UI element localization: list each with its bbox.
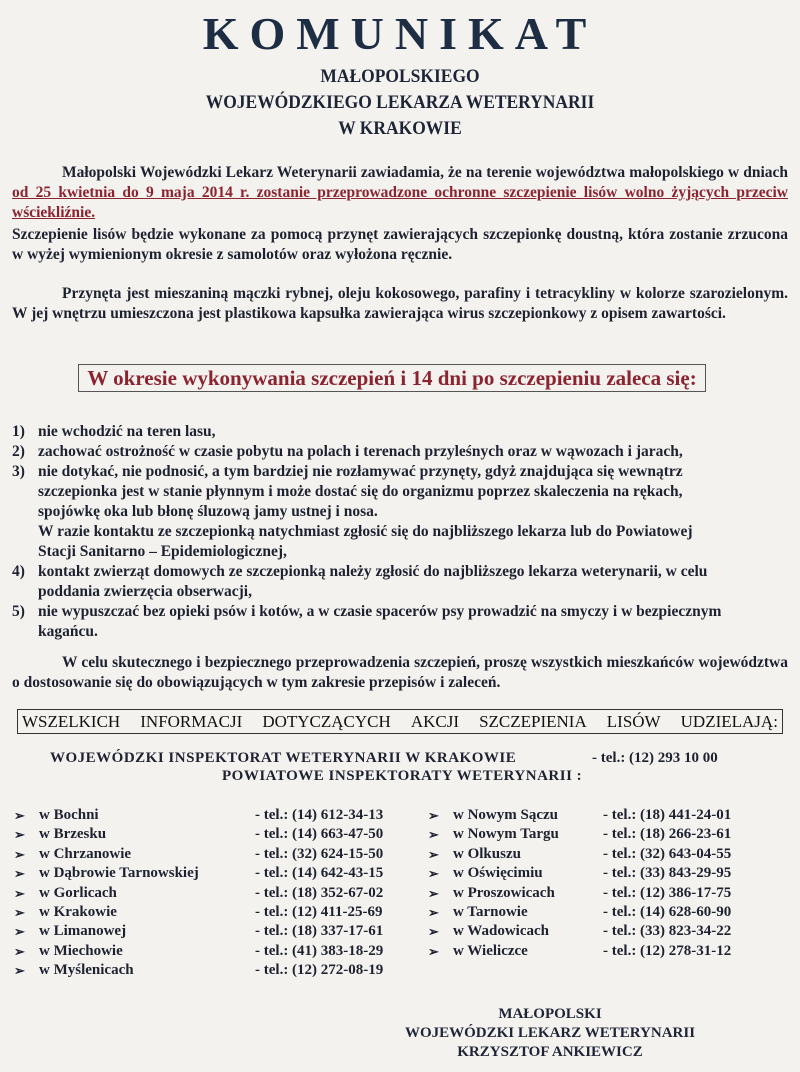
arrow-bullet-icon: ➢ — [428, 903, 453, 922]
document-title: KOMUNIKAT — [0, 8, 800, 60]
contact-row: ➢w Wadowicach- tel.: (33) 823-34-22 — [428, 922, 731, 941]
contact-row: ➢w Limanowej- tel.: (18) 337-17-61 — [14, 922, 383, 941]
contact-place: w Dąbrowie Tarnowskiej — [39, 864, 255, 883]
item-number: 5) — [12, 602, 38, 642]
item-number: 2) — [12, 442, 38, 462]
contact-phone: - tel.: (18) 352-67-02 — [255, 884, 383, 903]
contact-row: ➢w Wieliczce- tel.: (12) 278-31-12 — [428, 942, 731, 961]
intro-lead: Małopolski Wojewódzki Lekarz Weterynarii… — [62, 164, 788, 181]
signature-line-2: WOJEWÓDZKI LEKARZ WETERYNARII — [300, 1024, 800, 1043]
contact-phone: - tel.: (33) 843-29-95 — [603, 864, 731, 883]
contact-row: ➢w Nowym Targu- tel.: (18) 266-23-61 — [428, 825, 731, 844]
contact-place: w Brzesku — [39, 825, 255, 844]
contact-place: w Wieliczce — [453, 942, 603, 961]
signature-line-1: MAŁOPOLSKI — [300, 1005, 800, 1024]
contact-place: w Gorlicach — [39, 884, 255, 903]
district-inspectorates-heading: POWIATOWE INSPEKTORATY WETERYNARII : — [50, 767, 770, 785]
item-text-main: nie dotykać, nie podnosić, a tym bardzie… — [38, 463, 683, 520]
contact-phone: - tel.: (14) 642-43-15 — [255, 864, 383, 883]
contact-phone: - tel.: (12) 386-17-75 — [603, 884, 731, 903]
contact-place: w Myślenicach — [39, 961, 255, 980]
contact-phone: - tel.: (18) 266-23-61 — [603, 825, 731, 844]
item-text: nie wypuszczać bez opieki psów i kotów, … — [38, 602, 788, 642]
contact-row: ➢w Miechowie- tel.: (41) 383-18-29 — [14, 942, 383, 961]
contact-phone: - tel.: (18) 337-17-61 — [255, 922, 383, 941]
list-item: 3) nie dotykać, nie podnosić, a tym bard… — [12, 462, 788, 562]
contact-place: w Olkuszu — [453, 845, 603, 864]
info-heading-box: WSZELKICH INFORMACJI DOTYCZĄCYCH AKCJI S… — [17, 709, 783, 734]
vaccination-method-paragraph: Szczepienie lisów będzie wykonane za pom… — [12, 225, 788, 265]
contacts-left-column: ➢w Bochni- tel.: (14) 612-34-13 ➢w Brzes… — [14, 806, 383, 981]
info-word: WSZELKICH — [22, 712, 120, 732]
item-text: nie wchodzić na teren lasu, — [38, 422, 788, 442]
info-word: AKCJI — [411, 712, 459, 732]
contact-phone: - tel.: (41) 383-18-29 — [255, 942, 383, 961]
contact-phone: - tel.: (32) 643-04-55 — [603, 845, 731, 864]
contact-place: w Limanowej — [39, 922, 255, 941]
contact-place: w Nowym Targu — [453, 825, 603, 844]
item-number: 3) — [12, 462, 38, 562]
contact-row: ➢w Proszowicach- tel.: (12) 386-17-75 — [428, 884, 731, 903]
subtitle-line-1: MAŁOPOLSKIEGO — [32, 64, 768, 90]
contact-row: ➢w Tarnowie- tel.: (14) 628-60-90 — [428, 903, 731, 922]
list-item: 2) zachować ostrożność w czasie pobytu n… — [12, 442, 788, 462]
contact-row: ➢w Nowym Sączu- tel.: (18) 441-24-01 — [428, 806, 731, 825]
arrow-bullet-icon: ➢ — [428, 864, 453, 883]
closing-paragraph: W celu skutecznego i bezpiecznego przepr… — [12, 653, 788, 693]
contact-phone: - tel.: (14) 612-34-13 — [255, 806, 383, 825]
arrow-bullet-icon: ➢ — [14, 864, 39, 883]
list-item: 5) nie wypuszczać bez opieki psów i kotó… — [12, 602, 788, 642]
contact-phone: - tel.: (32) 624-15-50 — [255, 845, 383, 864]
contact-row: ➢w Oświęcimiu- tel.: (33) 843-29-95 — [428, 864, 731, 883]
contact-place: w Oświęcimiu — [453, 864, 603, 883]
arrow-bullet-icon: ➢ — [428, 845, 453, 864]
contact-row: ➢w Dąbrowie Tarnowskiej- tel.: (14) 642-… — [14, 864, 383, 883]
list-item: 1) nie wchodzić na teren lasu, — [12, 422, 788, 442]
main-inspectorate: WOJEWÓDZKI INSPEKTORAT WETERYNARII W KRA… — [50, 749, 770, 785]
recommendation-heading-box: W okresie wykonywania szczepień i 14 dni… — [78, 364, 706, 392]
contact-row: ➢w Krakowie- tel.: (12) 411-25-69 — [14, 903, 383, 922]
item-text: kontakt zwierząt domowych ze szczepionką… — [38, 562, 788, 602]
contacts-right-column: ➢w Nowym Sączu- tel.: (18) 441-24-01 ➢w … — [428, 806, 731, 961]
contact-row: ➢w Olkuszu- tel.: (32) 643-04-55 — [428, 845, 731, 864]
arrow-bullet-icon: ➢ — [428, 884, 453, 903]
info-word: DOTYCZĄCYCH — [262, 712, 390, 732]
contact-place: w Proszowicach — [453, 884, 603, 903]
contact-place: w Nowym Sączu — [453, 806, 603, 825]
arrow-bullet-icon: ➢ — [14, 806, 39, 825]
info-word: UDZIELAJĄ: — [681, 712, 778, 732]
contact-row: ➢w Chrzanowie- tel.: (32) 624-15-50 — [14, 845, 383, 864]
arrow-bullet-icon: ➢ — [14, 884, 39, 903]
list-item: 4) kontakt zwierząt domowych ze szczepio… — [12, 562, 788, 602]
contact-phone: - tel.: (12) 411-25-69 — [255, 903, 382, 922]
item-text-contact-advice: W razie kontaktu ze szczepionką natychmi… — [38, 523, 693, 560]
subtitle-line-3: W KRAKOWIE — [32, 116, 768, 142]
arrow-bullet-icon: ➢ — [14, 942, 39, 961]
contact-row: ➢w Brzesku- tel.: (14) 663-47-50 — [14, 825, 383, 844]
signature-block: MAŁOPOLSKI WOJEWÓDZKI LEKARZ WETERYNARII… — [300, 1005, 800, 1062]
arrow-bullet-icon: ➢ — [14, 845, 39, 864]
bait-description-paragraph: Przynęta jest mieszaniną mączki rybnej, … — [12, 284, 788, 324]
contact-place: w Krakowie — [39, 903, 255, 922]
contact-place: w Wadowicach — [453, 922, 603, 941]
arrow-bullet-icon: ➢ — [428, 922, 453, 941]
contact-place: w Miechowie — [39, 942, 255, 961]
item-text: zachować ostrożność w czasie pobytu na p… — [38, 442, 788, 462]
arrow-bullet-icon: ➢ — [14, 903, 39, 922]
contact-phone: - tel.: (14) 663-47-50 — [255, 825, 383, 844]
signature-line-3: KRZYSZTOF ANKIEWICZ — [300, 1043, 800, 1062]
arrow-bullet-icon: ➢ — [14, 922, 39, 941]
contact-phone: - tel.: (33) 823-34-22 — [603, 922, 731, 941]
main-inspectorate-name: WOJEWÓDZKI INSPEKTORAT WETERYNARII W KRA… — [50, 749, 592, 767]
recommendations-list: 1) nie wchodzić na teren lasu, 2) zachow… — [12, 422, 788, 642]
item-number: 1) — [12, 422, 38, 442]
announcement-page: KOMUNIKAT MAŁOPOLSKIEGO WOJEWÓDZKIEGO LE… — [0, 0, 800, 1072]
main-inspectorate-phone: - tel.: (12) 293 10 00 — [592, 749, 718, 767]
intro-paragraph: Małopolski Wojewódzki Lekarz Weterynarii… — [12, 163, 788, 223]
contact-place: w Tarnowie — [453, 903, 603, 922]
item-text: nie dotykać, nie podnosić, a tym bardzie… — [38, 462, 788, 562]
arrow-bullet-icon: ➢ — [428, 806, 453, 825]
arrow-bullet-icon: ➢ — [428, 825, 453, 844]
contact-row: ➢w Myślenicach- tel.: (12) 272-08-19 — [14, 961, 383, 980]
contact-phone: - tel.: (12) 272-08-19 — [255, 961, 383, 980]
contact-phone: - tel.: (12) 278-31-12 — [603, 942, 731, 961]
contact-phone: - tel.: (14) 628-60-90 — [603, 903, 731, 922]
subtitle-line-2: WOJEWÓDZKIEGO LEKARZA WETERYNARII — [32, 90, 768, 116]
info-word: INFORMACJI — [140, 712, 242, 732]
campaign-dates-highlight: od 25 kwietnia do 9 maja 2014 r. zostani… — [12, 184, 788, 221]
item-number: 4) — [12, 562, 38, 602]
arrow-bullet-icon: ➢ — [14, 961, 39, 980]
arrow-bullet-icon: ➢ — [428, 942, 453, 961]
contact-place: w Bochni — [39, 806, 255, 825]
contact-row: ➢w Bochni- tel.: (14) 612-34-13 — [14, 806, 383, 825]
arrow-bullet-icon: ➢ — [14, 825, 39, 844]
info-word: LISÓW — [607, 712, 661, 732]
info-word: SZCZEPIENIA — [479, 712, 587, 732]
contact-phone: - tel.: (18) 441-24-01 — [603, 806, 731, 825]
contact-place: w Chrzanowie — [39, 845, 255, 864]
contact-row: ➢w Gorlicach- tel.: (18) 352-67-02 — [14, 884, 383, 903]
